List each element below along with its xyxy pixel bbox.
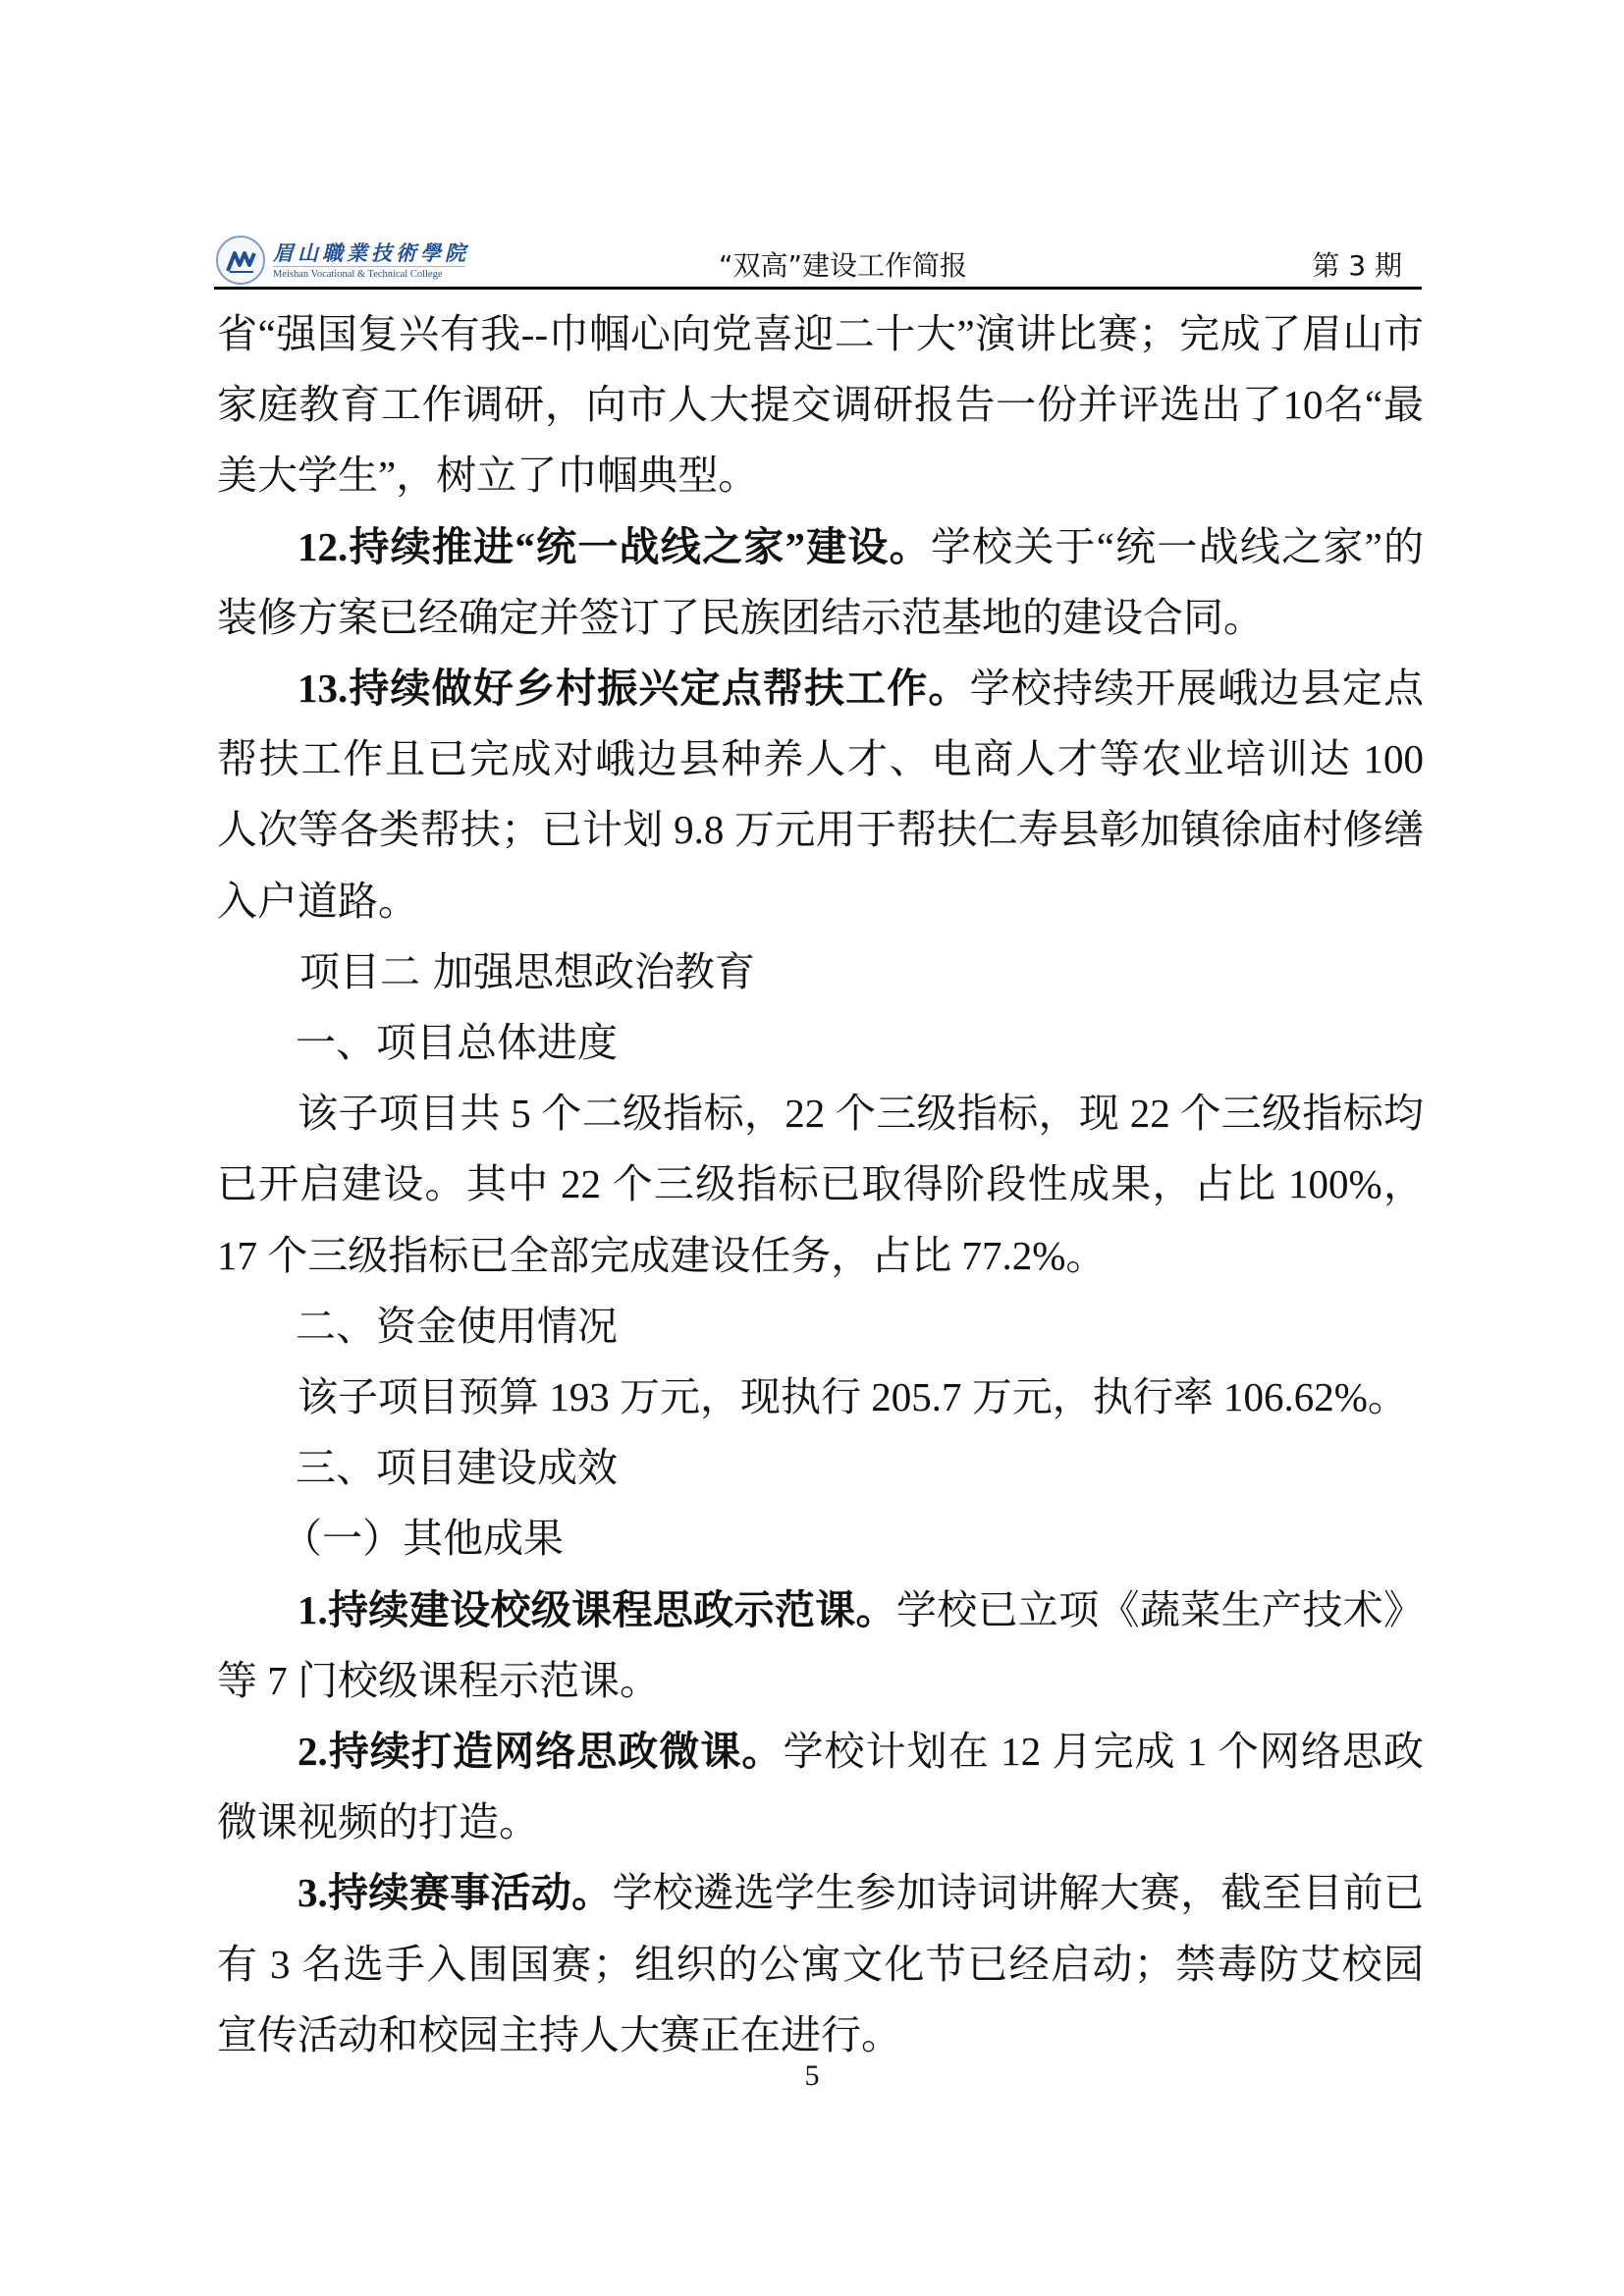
paragraph: 2.持续打造网络思政微课。学校计划在 12 月完成 1 个网络思政微课视频的打造… <box>217 1716 1424 1857</box>
paragraph: 3.持续赛事活动。学校遴选学生参加诗词讲解大赛，截至目前已有 3 名选手入围国赛… <box>217 1857 1424 2070</box>
page-number: 5 <box>0 2059 1624 2093</box>
school-logo: 眉山職業技術學院 Meishan Vocational & Technical … <box>214 234 469 287</box>
section-heading: 一、项目总体进度 <box>217 1007 1424 1078</box>
paragraph: 省“强国复兴有我--巾帼心向党喜迎二十大”演讲比赛；完成了眉山市家庭教育工作调研… <box>217 298 1424 511</box>
school-name-cn: 眉山職業技術學院 <box>273 238 469 267</box>
paragraph: 该子项目预算 193 万元，现执行 205.7 万元，执行率 106.62%。 <box>217 1362 1424 1432</box>
document-body: 省“强国复兴有我--巾帼心向党喜迎二十大”演讲比赛；完成了眉山市家庭教育工作调研… <box>217 298 1424 2070</box>
issue-number: 第 3 期 <box>1312 249 1402 283</box>
paragraph: 13.持续做好乡村振兴定点帮扶工作。学校持续开展峨边县定点帮扶工作且已完成对峨边… <box>217 653 1424 936</box>
school-emblem-icon <box>216 236 265 285</box>
item-lead: 12.持续推进“统一战线之家”建设。 <box>298 524 931 569</box>
header-rule <box>214 287 1422 290</box>
paragraph: 1.持续建设校级课程思政示范课。学校已立项《蔬菜生产技术》等 7 门校级课程示范… <box>217 1575 1424 1716</box>
paragraph: 该子项目共 5 个二级指标，22 个三级指标，现 22 个三级指标均已开启建设。… <box>217 1078 1424 1291</box>
item-lead: 3.持续赛事活动。 <box>298 1870 613 1915</box>
paragraph: 12.持续推进“统一战线之家”建设。学校关于“统一战线之家”的装修方案已经确定并… <box>217 511 1424 653</box>
project-heading: 项目二 加强思想政治教育 <box>217 936 1424 1007</box>
item-lead: 1.持续建设校级课程思政示范课。 <box>298 1587 896 1632</box>
subsection-heading: （一）其他成果 <box>217 1503 1424 1574</box>
item-lead: 2.持续打造网络思政微课。 <box>298 1729 784 1774</box>
logo-divider <box>273 266 465 267</box>
bulletin-title: “双高”建设工作简报 <box>719 249 967 283</box>
section-heading: 三、项目建设成效 <box>217 1432 1424 1503</box>
school-name-en: Meishan Vocational & Technical College <box>273 269 442 280</box>
section-heading: 二、资金使用情况 <box>217 1291 1424 1362</box>
item-lead: 13.持续做好乡村振兴定点帮扶工作。 <box>298 666 970 711</box>
page-header: 眉山職業技術學院 Meishan Vocational & Technical … <box>214 228 1422 287</box>
